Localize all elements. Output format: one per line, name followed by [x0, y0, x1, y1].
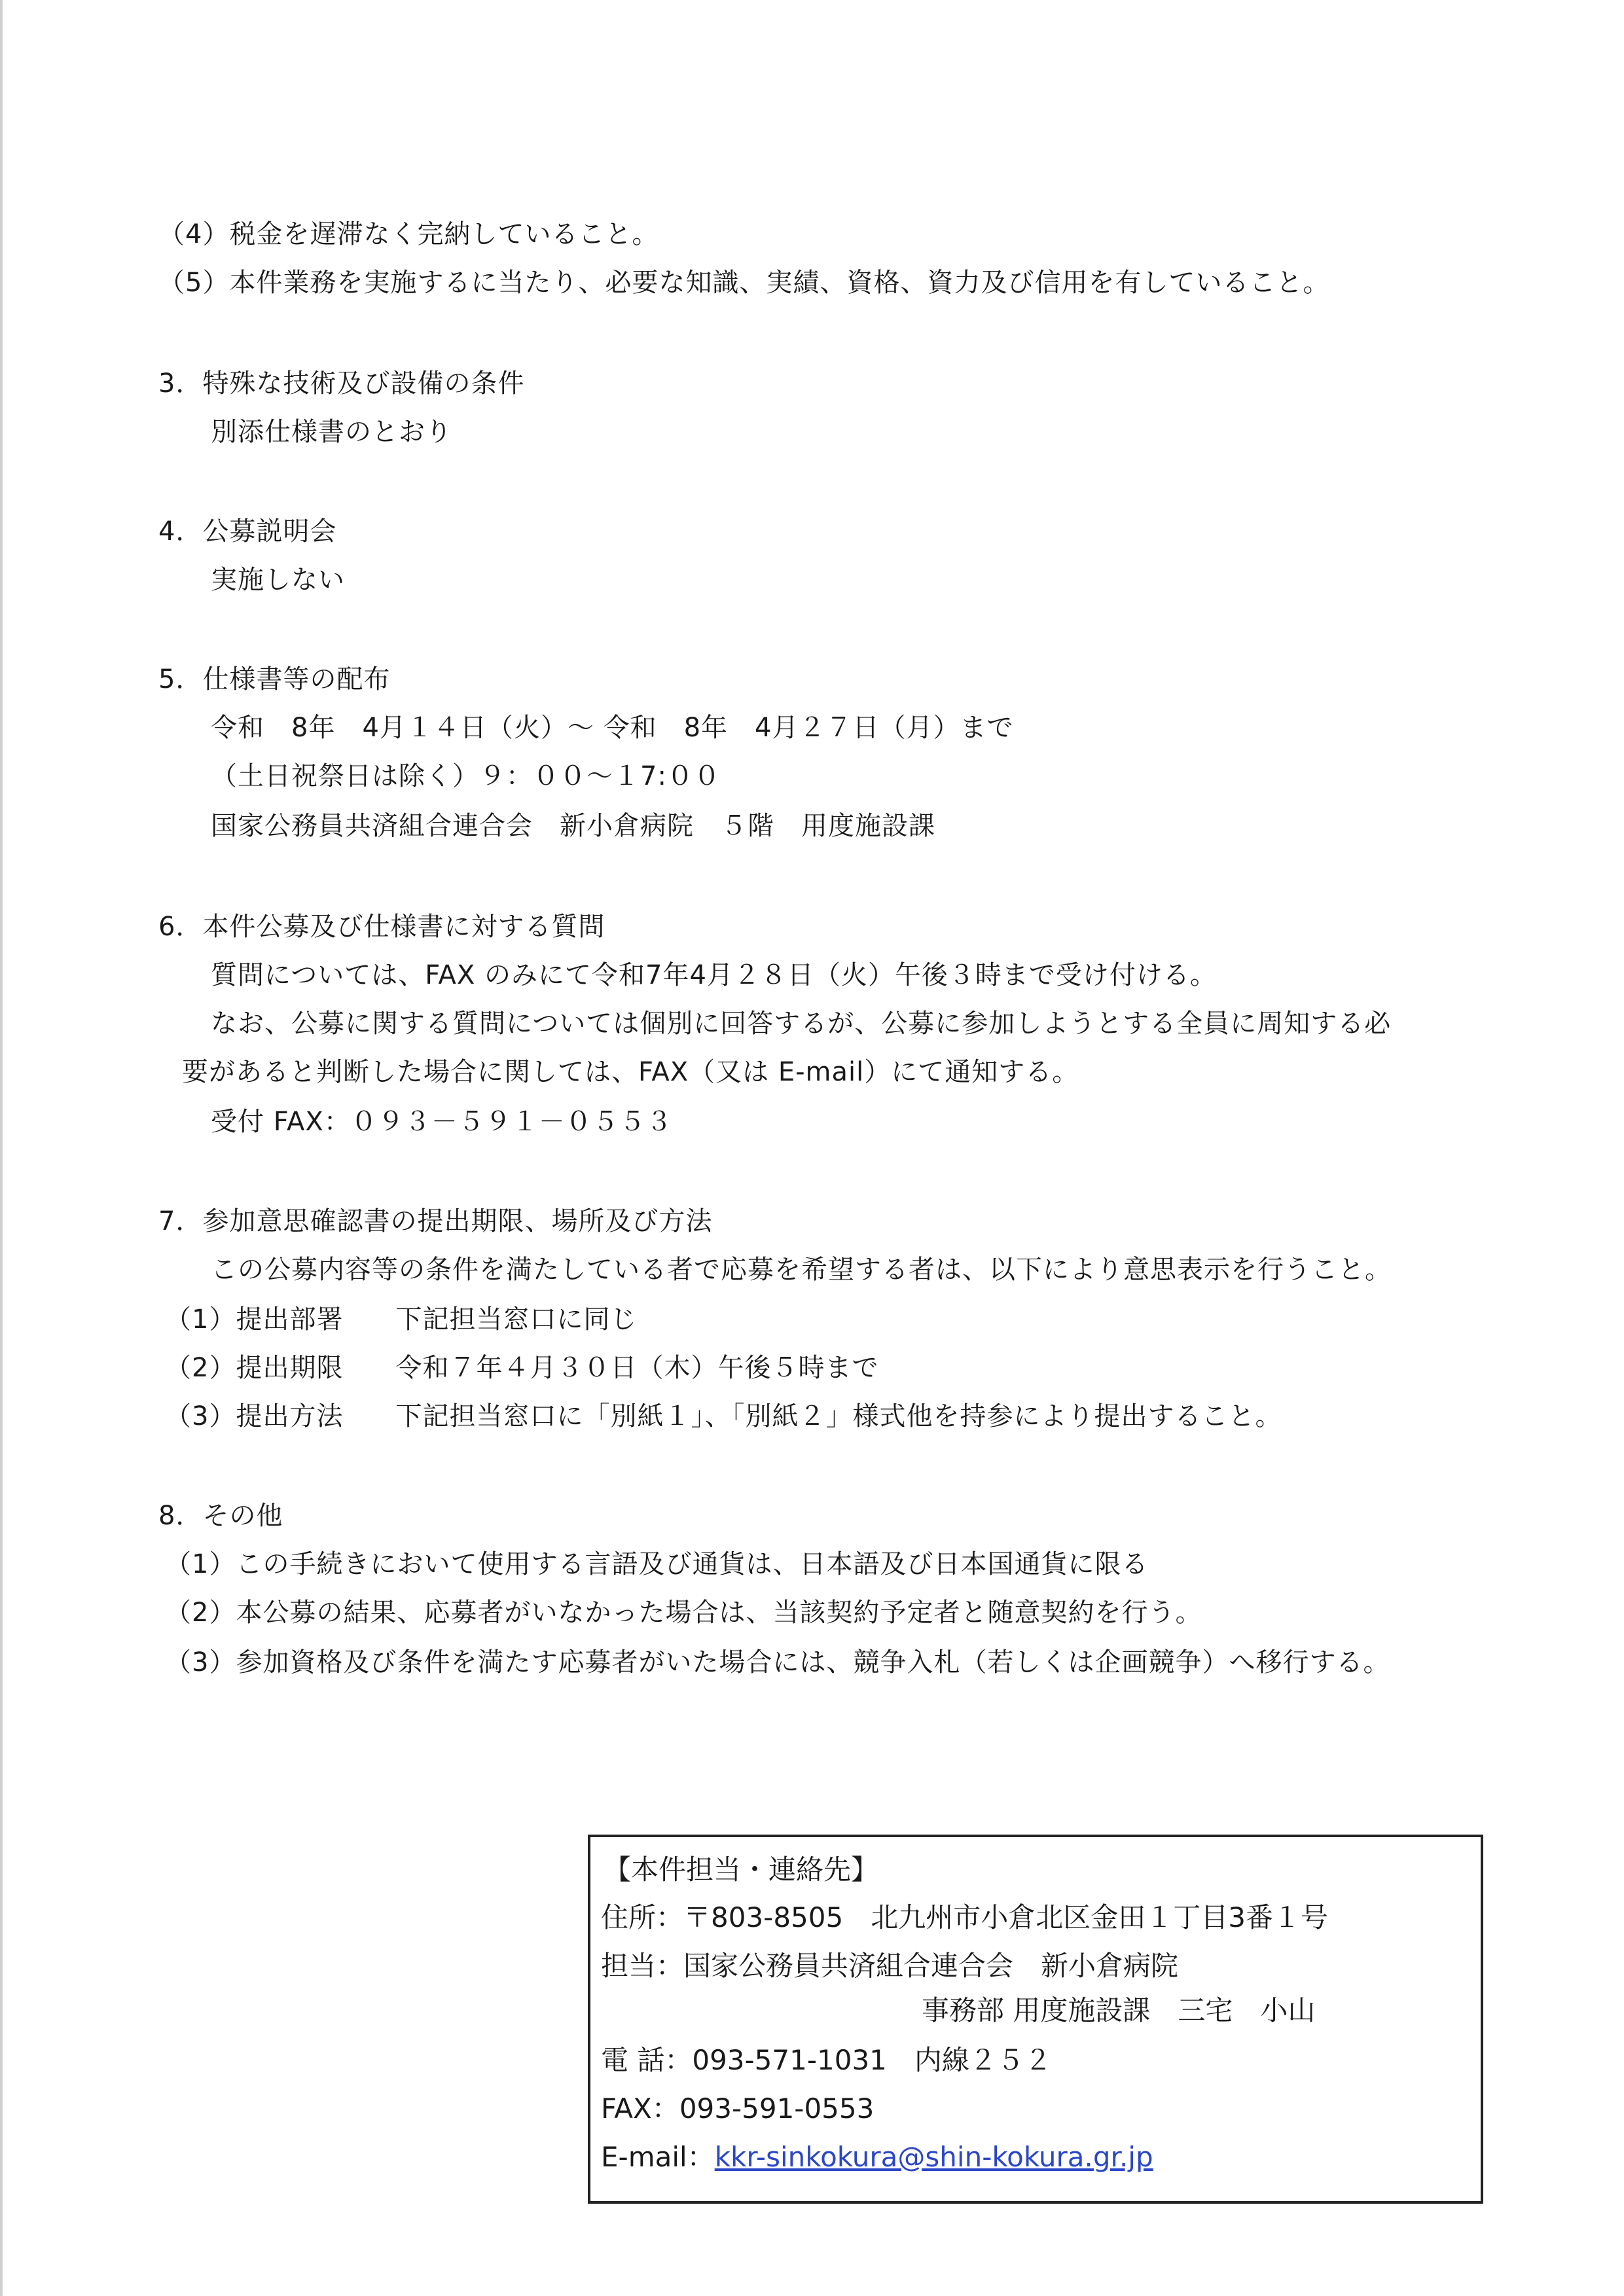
- condition-item-4: （4）税金を遅滞なく完納していること。: [158, 219, 659, 250]
- item-text: 下記担当窓口に同じ: [395, 1304, 637, 1335]
- submission-deadline: （2）提出期限令和７年４月３０日（木）午後５時まで: [165, 1352, 878, 1384]
- other-item-1: （1）この手続きにおいて使用する言語及び通貨は、日本語及び日本国通貨に限る: [165, 1549, 1148, 1580]
- item-text: 本件業務を実施するに当たり、必要な知識、実績、資格、資力及び信用を有していること…: [229, 268, 1329, 298]
- question-policy-1: なお、公募に関する質問については個別に回答するが、公募に参加しようとする全員に周…: [211, 1008, 1391, 1039]
- section-6-heading: 6．本件公募及び仕様書に対する質問: [158, 911, 605, 942]
- item-number: （2）: [165, 1353, 236, 1383]
- item-number: （3）: [165, 1401, 236, 1431]
- contact-email: E-mail：kkr-sinkokura@shin-kokura.gr.jp: [601, 2141, 1153, 2174]
- item-text: 下記担当窓口に「別紙１」、「別紙２」様式他を持参により提出すること。: [395, 1401, 1282, 1431]
- fax-value: 093-591-0553: [679, 2092, 875, 2125]
- section-3-body: 別添仕様書のとおり: [211, 416, 452, 448]
- fax-label: FAX：: [601, 2092, 679, 2125]
- address-label: 住所：: [601, 1901, 683, 1933]
- other-item-2: （2）本公募の結果、応募者がいなかった場合は、当該契約予定者と随意契約を行う。: [165, 1597, 1202, 1628]
- item-text: 税金を遅滞なく完納していること。: [229, 219, 659, 249]
- question-policy-2: 要があると判断した場合に関しては、FAX（又は E-mail）にて通知する。: [182, 1056, 1079, 1088]
- email-label: E-mail：: [601, 2141, 715, 2173]
- submission-method: （3）提出方法下記担当窓口に「別紙１」、「別紙２」様式他を持参により提出すること…: [165, 1401, 1282, 1432]
- section-8-heading: 8．その他: [158, 1500, 283, 1532]
- person-label: 担当：: [601, 1950, 683, 1982]
- distribution-location: 国家公務員共済組合連合会 新小倉病院 ５階 用度施設課: [211, 810, 935, 842]
- contact-phone: 電 話：093-571-1031 内線２５２: [601, 2044, 1052, 2077]
- contact-person-department: 事務部 用度施設課 三宅 小山: [922, 1994, 1315, 2027]
- contact-person: 担当：国家公務員共済組合連合会 新小倉病院: [601, 1950, 1178, 1982]
- person-organization: 国家公務員共済組合連合会 新小倉病院: [683, 1950, 1178, 1982]
- item-text: 本公募の結果、応募者がいなかった場合は、当該契約予定者と随意契約を行う。: [236, 1598, 1202, 1628]
- item-text: 令和７年４月３０日（木）午後５時まで: [395, 1353, 878, 1383]
- email-link[interactable]: kkr-sinkokura@shin-kokura.gr.jp: [715, 2141, 1153, 2173]
- section-5-heading: 5．仕様書等の配布: [158, 664, 390, 695]
- other-item-3: （3）参加資格及び条件を満たす応募者がいた場合には、競争入札（若しくは企画競争）…: [165, 1647, 1390, 1678]
- item-number: （3）: [165, 1647, 236, 1677]
- section-7-intro: この公募内容等の条件を満たしている者で応募を希望する者は、以下により意思表示を行…: [211, 1254, 1392, 1285]
- item-text: 参加資格及び条件を満たす応募者がいた場合には、競争入札（若しくは企画競争）へ移行…: [236, 1647, 1390, 1677]
- section-4-heading: 4．公募説明会: [158, 516, 336, 547]
- address-value: 〒803-8505 北九州市小倉北区金田１丁目3番１号: [683, 1901, 1328, 1933]
- phone-value: 093-571-1031 内線２５２: [692, 2044, 1052, 2076]
- item-number: （1）: [165, 1549, 236, 1579]
- distribution-period: 令和 8年 4月１４日（火）～ 令和 8年 4月２７日（月）まで: [211, 712, 1014, 744]
- distribution-hours: （土日祝祭日は除く）９：００～１7:００: [211, 761, 721, 792]
- question-fax: 受付 FAX：０９３－５９１－０５５３: [211, 1106, 673, 1138]
- section-7-heading: 7．参加意思確認書の提出期限、場所及び方法: [158, 1206, 712, 1237]
- contact-address: 住所：〒803-8505 北九州市小倉北区金田１丁目3番１号: [601, 1901, 1328, 1934]
- item-number: （2）: [165, 1598, 236, 1628]
- item-label: 提出方法: [236, 1401, 343, 1431]
- contact-fax: FAX：093-591-0553: [601, 2092, 874, 2125]
- item-number: （1）: [165, 1304, 236, 1335]
- section-4-body: 実施しない: [211, 564, 345, 596]
- item-number: （4）: [158, 219, 229, 249]
- item-text: この手続きにおいて使用する言語及び通貨は、日本語及び日本国通貨に限る: [236, 1549, 1148, 1579]
- question-deadline: 質問については、FAX のみにて令和7年4月２８日（火）午後３時まで受け付ける。: [211, 960, 1217, 991]
- contact-title: 【本件担当・連絡先】: [604, 1854, 878, 1886]
- contact-box: 【本件担当・連絡先】 住所：〒803-8505 北九州市小倉北区金田１丁目3番１…: [588, 1835, 1483, 2204]
- item-number: （5）: [158, 268, 229, 298]
- phone-label: 電 話：: [601, 2044, 692, 2076]
- section-3-heading: 3．特殊な技術及び設備の条件: [158, 368, 524, 399]
- submission-department: （1）提出部署下記担当窓口に同じ: [165, 1304, 637, 1335]
- item-label: 提出期限: [236, 1353, 343, 1383]
- scan-edge: [0, 0, 3, 2296]
- item-label: 提出部署: [236, 1304, 343, 1335]
- condition-item-5: （5）本件業務を実施するに当たり、必要な知識、実績、資格、資力及び信用を有してい…: [158, 267, 1329, 298]
